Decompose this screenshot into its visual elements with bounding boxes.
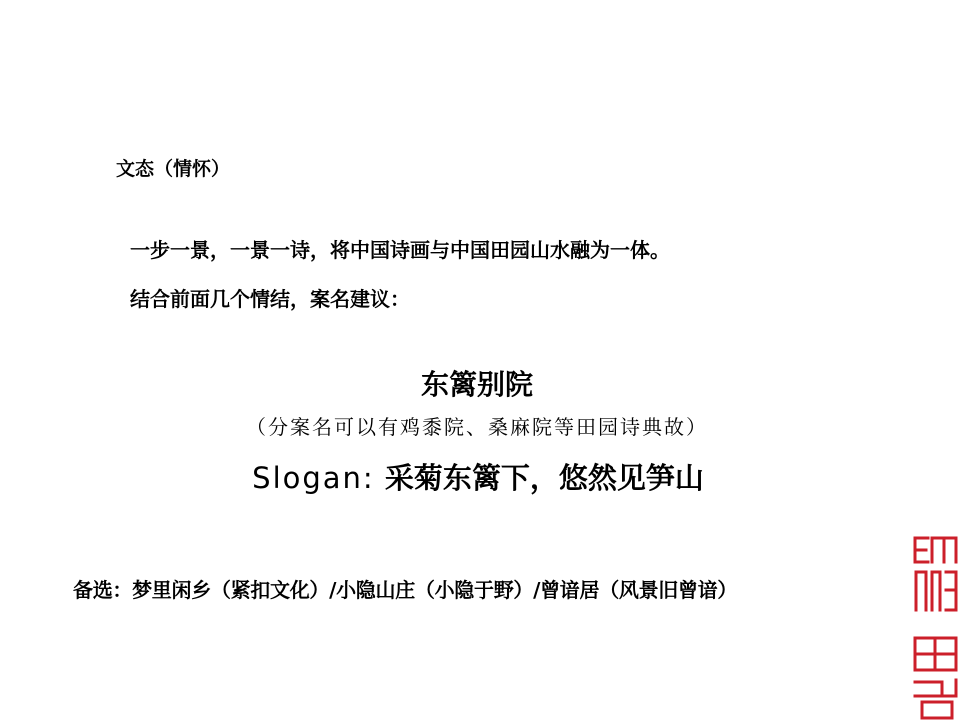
- section-title: 文态（情怀）: [116, 154, 230, 181]
- slogan: Slogan: 采菊东篱下，悠然见笋山: [0, 456, 958, 497]
- red-seal-logo-icon: [912, 530, 960, 720]
- alternative-names: 备选：梦里闲乡（紧扣文化）/小隐山庄（小隐于野）/曾谙居（风景旧曾谙）: [73, 574, 737, 603]
- slogan-label: Slogan:: [252, 461, 375, 495]
- suggestion-text: 结合前面几个情结，案名建议：: [130, 283, 410, 312]
- sub-name-note: （分案名可以有鸡黍院、桑麻院等田园诗典故）: [0, 411, 957, 440]
- intro-text: 一步一景，一景一诗，将中国诗画与中国田园山水融为一体。: [130, 234, 670, 263]
- slogan-text: 采菊东篱下，悠然见笋山: [385, 461, 704, 495]
- project-name: 东篱别院: [0, 363, 957, 403]
